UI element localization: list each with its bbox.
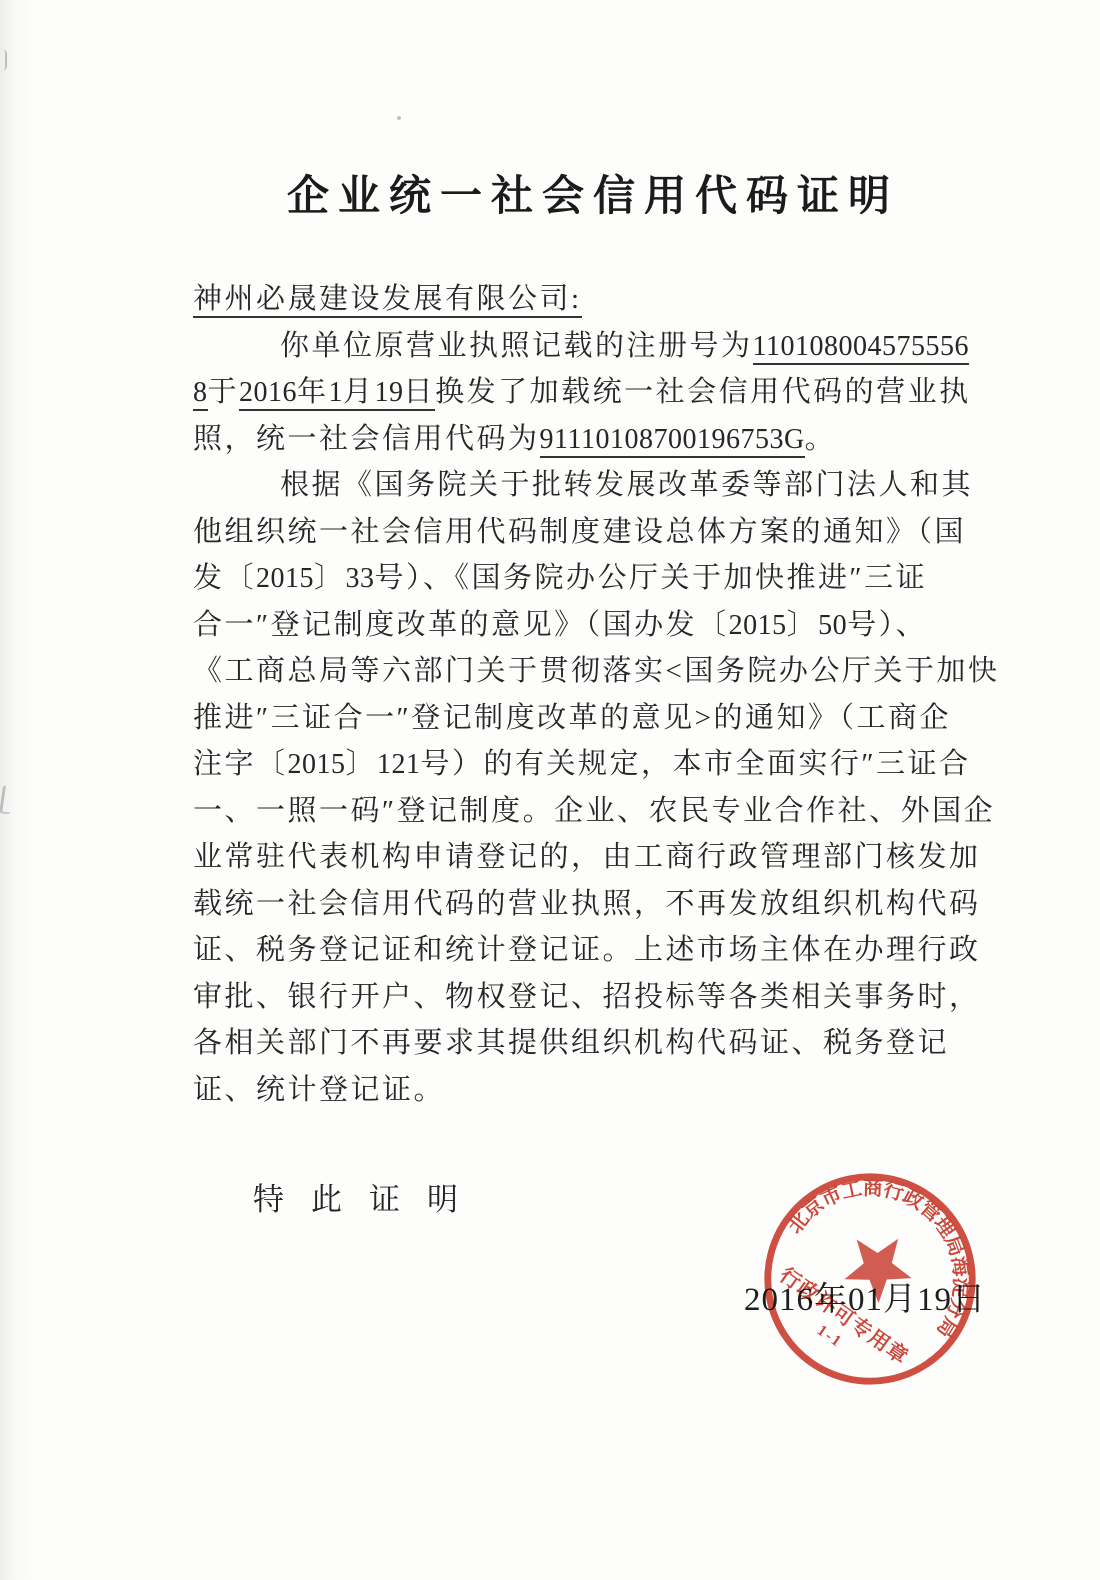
body-line: 审批、银行开户、物权登记、招投标等各类相关事务时， [193,974,1003,1021]
body-line: 推进″三证合一″登记制度改革的意见>的通知》（工商企 [193,695,1003,742]
body-line: 你单位原营业执照记载的注册号为110108004575556 [193,323,1003,370]
body-line: 证、税务登记证和统计登记证。上述市场主体在办理行政 [193,927,1003,974]
closing-statement: 特此证明 [253,1174,485,1219]
body-line: 各相关部门不再要求其提供组织机构代码证、税务登记 [193,1020,1003,1067]
body-line: 注字〔2015〕121号）的有关规定，本市全面实行″三证合 [193,741,1003,788]
scan-edge-mark [0,50,7,70]
page-title: 企业统一社会信用代码证明 [193,163,993,223]
body-line: 神州必晟建设发展有限公司: [193,276,1003,323]
issue-date: 2016年01月19日 [744,1273,986,1320]
body-line: 发〔2015〕33号）、《国务院办公厅关于加快推进″三证 [193,555,1003,602]
body-text: 神州必晟建设发展有限公司:你单位原营业执照记载的注册号为110108004575… [193,276,1003,1113]
body-line: 一、一照一码″登记制度。企业、农民专业合作社、外国企 [193,788,1003,835]
body-line: 证、统计登记证。 [193,1067,1003,1114]
body-line: 合一″登记制度改革的意见》（国办发〔2015〕50号）、 [193,602,1003,649]
certificate-page: 企业统一社会信用代码证明 神州必晟建设发展有限公司:你单位原营业执照记载的注册号… [0,0,1100,1580]
body-line: 他组织统一社会信用代码制度建设总体方案的通知》（国 [193,509,1003,556]
body-line: 载统一社会信用代码的营业执照，不再发放组织机构代码 [193,881,1003,928]
scan-edge-mark [0,785,14,814]
body-line: 照，统一社会信用代码为91110108700196753G。 [193,416,1003,463]
body-line: 业常驻代表机构申请登记的，由工商行政管理部门核发加 [193,834,1003,881]
body-line: 根据《国务院关于批转发展改革委等部门法人和其 [193,462,1003,509]
body-line: 《工商总局等六部门关于贯彻落实<国务院办公厅关于加快 [193,648,1003,695]
body-line: 8于2016年1月19日换发了加载统一社会信用代码的营业执 [193,369,1003,416]
scan-speck [397,116,401,120]
